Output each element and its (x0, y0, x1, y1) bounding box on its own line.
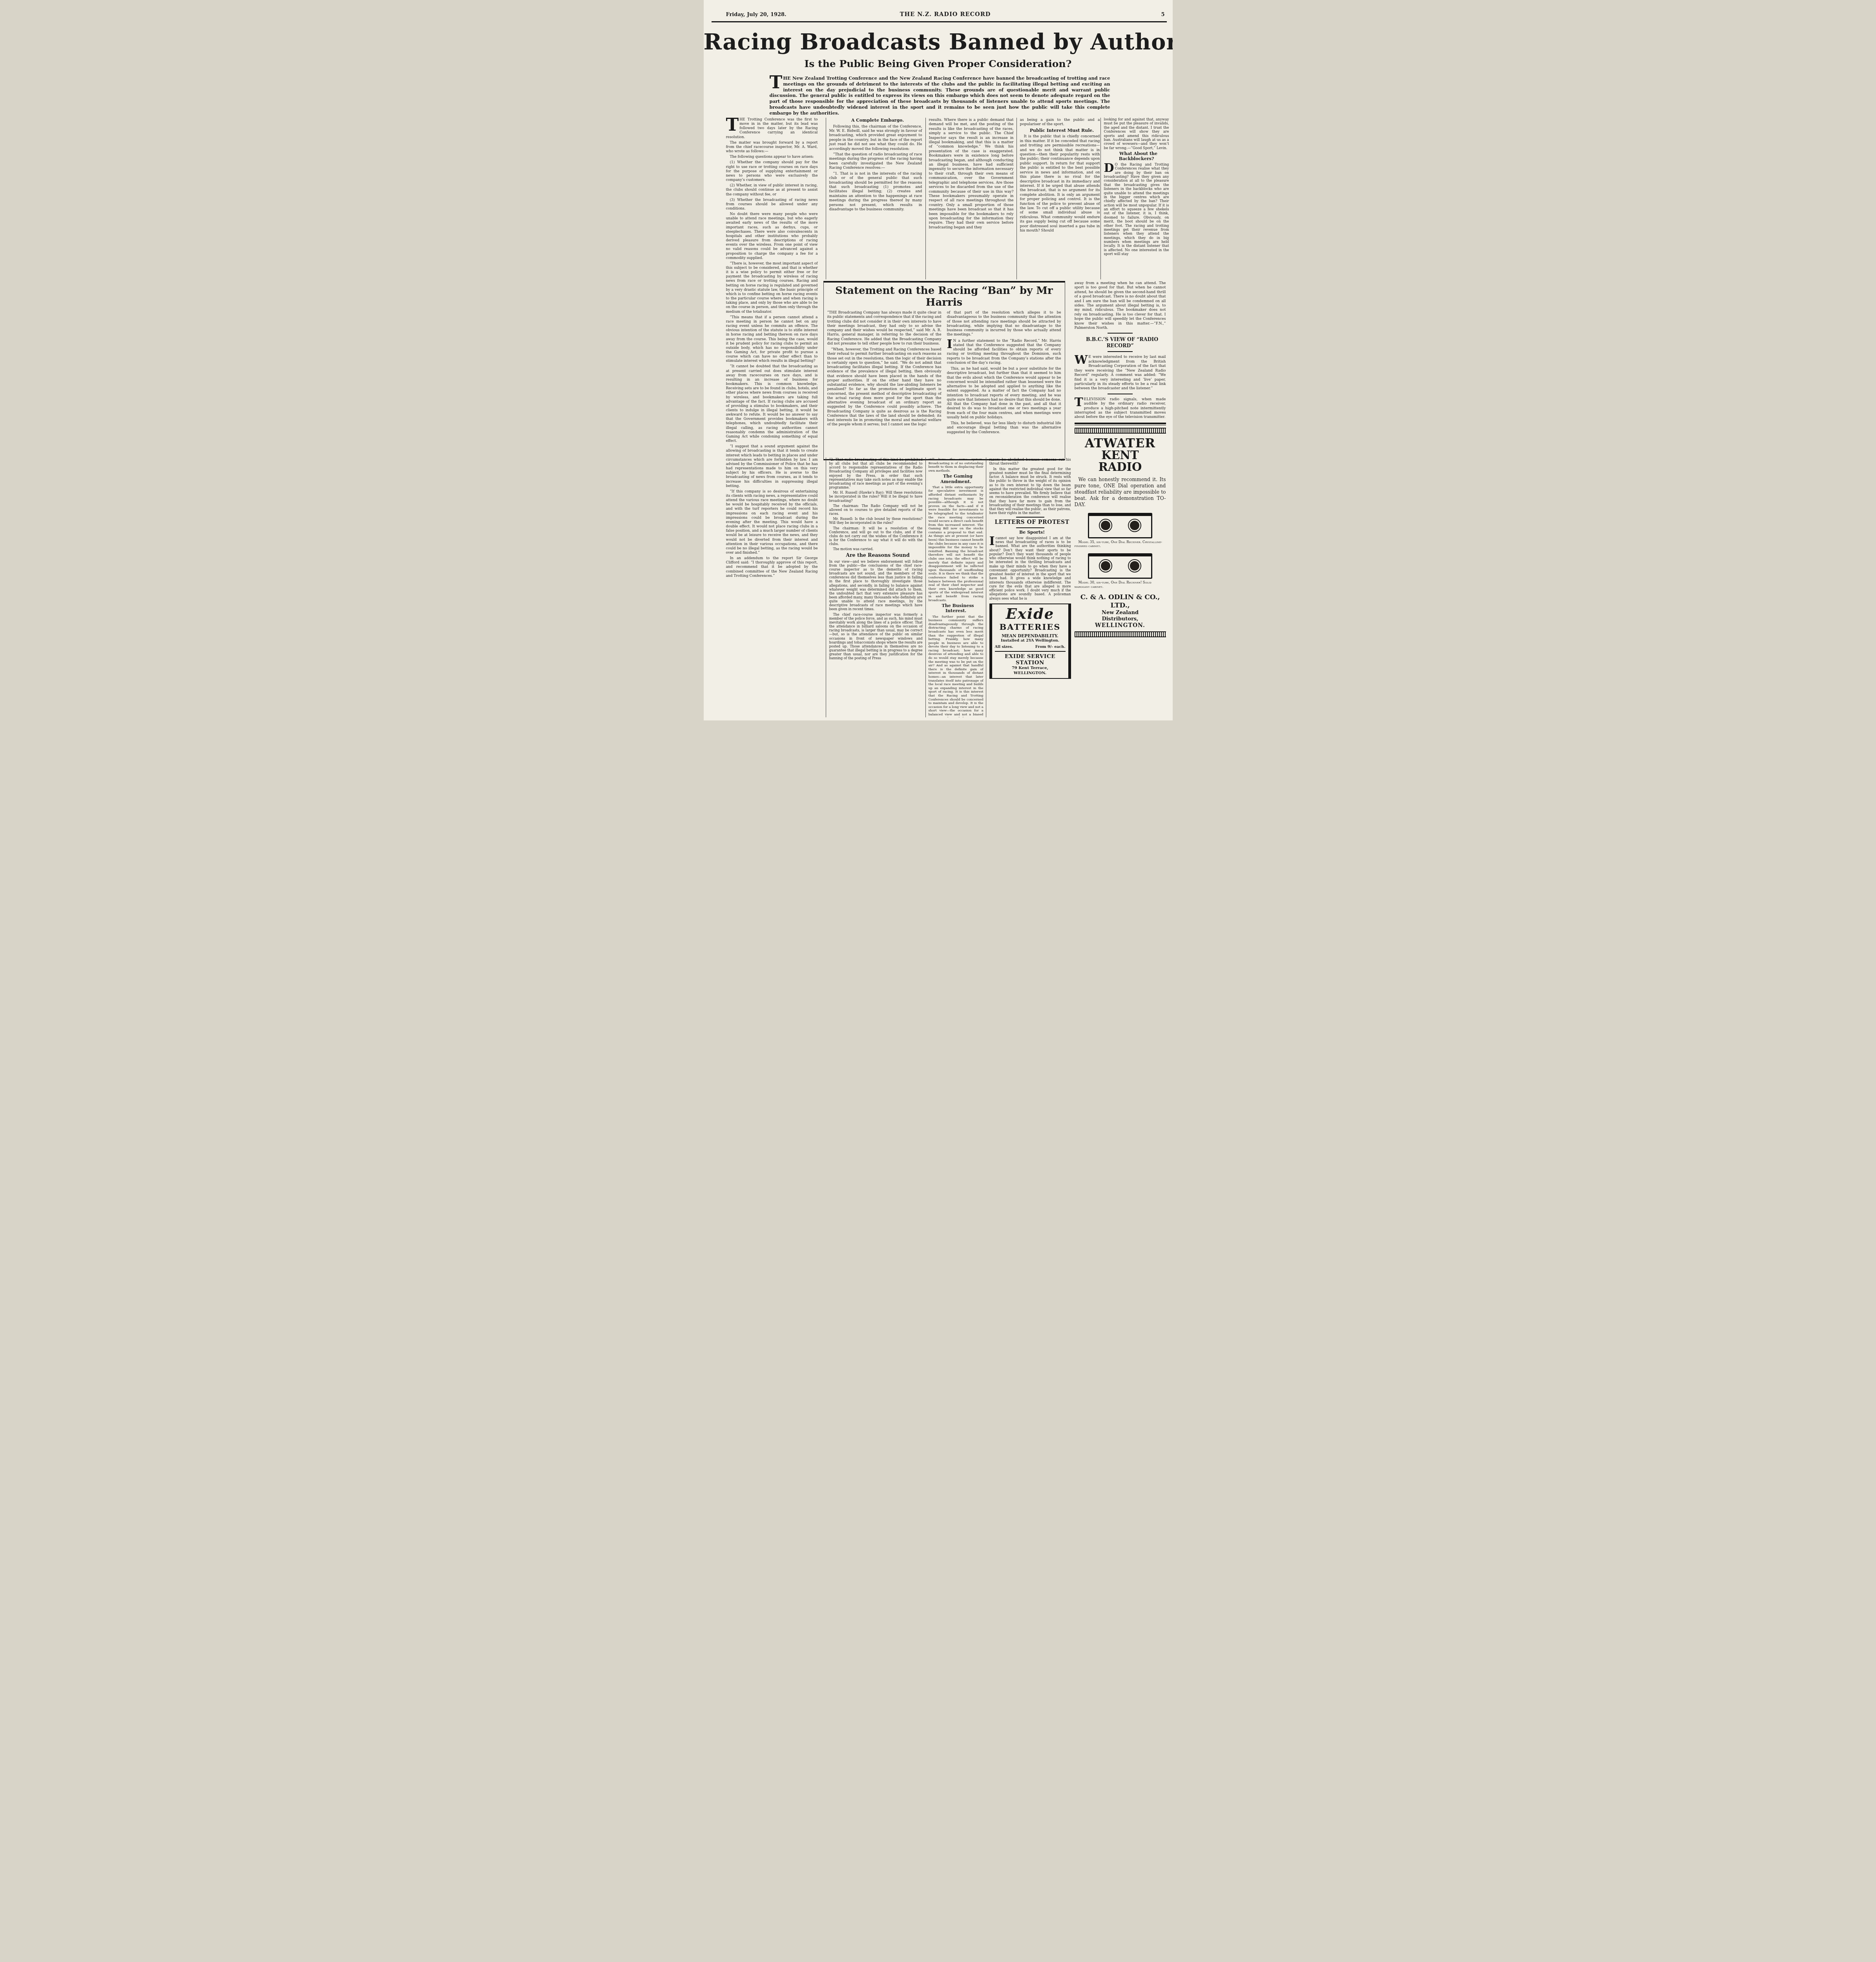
exide-sizes-price-row: All sizes. From 9/- each. (995, 645, 1066, 649)
body-paragraph: The matter was brought forward by a repo… (726, 141, 818, 154)
body-paragraph: The further point that the business comm… (929, 615, 984, 717)
model-35-caption: Model 35, six-tube, One Dial Receiver. C… (1075, 540, 1166, 549)
body-paragraph: The chief race-course inspector was form… (829, 613, 923, 660)
body-paragraph: In an addendum to the report Sir George … (726, 556, 818, 578)
exide-sizes: All sizes. (995, 645, 1013, 649)
be-sports-heading: Be Sports! (989, 530, 1071, 535)
section-divider (1016, 517, 1044, 518)
intro-text: HE New Zealand Trotting Conference and t… (770, 75, 1110, 116)
exide-price: From 9/- each. (1035, 645, 1066, 649)
date-label: Friday, July 20, 1928. (726, 12, 836, 18)
letters-of-protest-heading: LETTERS OF PROTEST (989, 519, 1071, 526)
exide-service-station: EXIDE SERVICE STATION (995, 651, 1066, 666)
harris-right-column: of that part of the resolution which all… (947, 311, 1061, 436)
body-paragraph: (1) Whether the company should pay for t… (726, 160, 818, 182)
business-interest-heading: The Business Interest. (929, 603, 984, 613)
lower-column-c: still have the same system. Broadcasting… (925, 458, 984, 717)
body-paragraph: “It cannot be doubted that the broadcast… (726, 365, 818, 443)
exide-batteries-ad: Exide BATTERIES MEAN DEPENDABILITY. Inst… (989, 604, 1071, 679)
body-paragraph: In this matter the greatest good for the… (989, 467, 1071, 515)
body-paragraph: “1. That is is not in the interests of t… (829, 171, 922, 212)
radio-set-illustration (1088, 553, 1152, 579)
body-paragraph: This, as he had said, would be but a poo… (947, 367, 1061, 420)
body-paragraph: WE were interested to receive by last ma… (1075, 355, 1166, 390)
body-paragraph: (2) Whether, in view of public interest … (726, 184, 818, 197)
body-paragraph: results. Where there is a public demand … (929, 118, 1014, 230)
body-paragraph: IN a further statement to the “Radio Rec… (947, 339, 1061, 366)
body-paragraph: It is the public that is chiefly concern… (1020, 134, 1100, 233)
bbc-view-heading: B.B.C.’S VIEW OF “RADIO RECORD” (1075, 336, 1166, 348)
column1-dropcap: T (726, 118, 740, 132)
column-1: THE Trotting Conference was the first to… (726, 118, 818, 625)
section-heading-complete-embargo: A Complete Embargo. (829, 118, 922, 123)
body-paragraph: “This means that if a person cannot atte… (726, 315, 818, 364)
body-paragraph: No doubt there were many people who were… (726, 212, 818, 261)
section-divider (1016, 527, 1044, 528)
letter-dropcap: I (989, 536, 996, 546)
column-3: results. Where there is a public demand … (925, 118, 1014, 279)
section-divider (1108, 394, 1133, 394)
body-paragraph: as being a gain to the public and a popu… (1020, 118, 1100, 127)
harris-left-column: “THE Broadcasting Company has always mad… (827, 311, 942, 436)
section-heading-public-interest: Public Interest Must Rule. (1020, 128, 1100, 133)
sub-headline: Is the Public Being Given Proper Conside… (704, 58, 1173, 69)
atwater-ad-title: ATWATER KENT RADIO (1075, 438, 1166, 473)
hatched-border (1075, 428, 1166, 434)
body-paragraph: Mr. Russell: Is the club bound by these … (829, 517, 923, 525)
section-divider (1108, 351, 1133, 352)
harris-columns: “THE Broadcasting Company has always mad… (827, 311, 1061, 436)
column-5-top: looking for and against that, anyway mus… (1100, 118, 1169, 279)
lower-column-d: razors be abolished because someone cut … (986, 458, 1071, 717)
section-divider (1108, 333, 1133, 334)
backblockers-dropcap: D (1104, 163, 1115, 173)
body-paragraph: of that part of the resolution which all… (947, 311, 1061, 337)
body-paragraph: (3) Whether the broadcasting of racing n… (726, 198, 818, 211)
harris-heading: Statement on the Racing “Ban” by Mr Harr… (827, 285, 1061, 308)
intro-dropcap: T (770, 75, 783, 89)
exide-installed-line: Installed at 2YA Wellington. (995, 638, 1066, 643)
heavy-rule (1075, 423, 1166, 425)
body-paragraph: away from a meeting when he can attend. … (1075, 281, 1166, 330)
page-header: Friday, July 20, 1928. THE N.Z. RADIO RE… (726, 11, 1165, 18)
masthead-title: THE N.Z. RADIO RECORD (836, 11, 1055, 18)
atwater-ad-body: We can honestly recommend it. Its pure t… (1075, 476, 1166, 508)
hatched-border (1075, 631, 1166, 637)
body-paragraph: Following this, the chairman of the Conf… (829, 124, 922, 151)
main-headline: Racing Broadcasts Banned by Authorities (704, 29, 1173, 55)
exide-brand-name: Exide (995, 607, 1066, 621)
body-paragraph: That a little extra opportunity for spec… (929, 485, 984, 602)
body-paragraph: looking for and against that, anyway mus… (1104, 118, 1169, 150)
body-paragraph: “THE Broadcasting Company has always mad… (827, 311, 942, 346)
column-2: A Complete Embargo. Following this, the … (826, 118, 922, 279)
lower-column-b: “2. That radio broadcasting of this kind… (826, 458, 923, 717)
body-paragraph: DO the Racing and Trotting Conferences r… (1104, 163, 1169, 257)
body-paragraph: The chairman: The Radio Company will not… (829, 504, 923, 516)
bbc-dropcap: W (1075, 355, 1089, 365)
header-rule (712, 21, 1167, 22)
gaming-amendment-heading: The Gaming Amendment. (929, 474, 984, 484)
body-paragraph: This, he believed, was far less likely t… (947, 421, 1061, 435)
odlin-distributor-block: C. & A. ODLIN & CO., LTD., New Zealand D… (1075, 593, 1166, 629)
body-paragraph: “2. That radio broadcasting of this kind… (829, 458, 923, 489)
body-paragraph: “When, however, the Trotting and Racing … (827, 348, 942, 427)
body-paragraph: “That the question of radio broadcasting… (829, 152, 922, 170)
body-paragraph: razors be abolished because someone cut … (989, 458, 1071, 466)
exide-address: 79 Kent Terrace, WELLINGTON. (995, 666, 1066, 675)
body-paragraph: Mr. H. Russell (Hawke’s Bay): Will these… (829, 491, 923, 502)
model-30-caption: Model 30, six-tube, One Dial Receiver! S… (1075, 581, 1166, 589)
reasons-sound-heading: Are the Reasons Sound (829, 552, 923, 558)
section-heading-backblockers: What About the Backblockers? (1104, 151, 1169, 162)
intro-paragraph: THE New Zealand Trotting Conference and … (770, 75, 1110, 116)
television-dropcap: T (1075, 397, 1084, 407)
page-number: 5 (1055, 12, 1165, 18)
body-paragraph: The motion was carried. (829, 547, 923, 551)
body-paragraph: still have the same system. Broadcasting… (929, 458, 984, 472)
harris-statement-box: Statement on the Racing “Ban” by Mr Harr… (823, 281, 1065, 460)
television-paragraph: TELEVISION radio signals, when made audi… (1075, 397, 1166, 419)
radio-set-illustration (1088, 513, 1152, 538)
exide-product-name: BATTERIES (995, 622, 1066, 632)
body-paragraph: THE Trotting Conference was the first to… (726, 118, 818, 140)
letter-paragraph: Icannot say how disappointed I am at the… (989, 536, 1071, 600)
further-statement-dropcap: I (947, 339, 953, 349)
body-paragraph: “There is, however, the most important a… (726, 262, 818, 314)
exide-slogan: MEAN DEPENDABILITY. (995, 634, 1066, 639)
atwater-kent-ad: ATWATER KENT RADIO We can honestly recom… (1075, 428, 1166, 638)
body-paragraph: “I suggest that a sound argument against… (726, 445, 818, 489)
newspaper-page: Friday, July 20, 1928. THE N.Z. RADIO RE… (704, 0, 1173, 720)
body-paragraph: The following questions appear to have a… (726, 155, 818, 159)
body-paragraph: In our view—and we believe endorsement w… (829, 560, 923, 611)
column-4: as being a gain to the public and a popu… (1016, 118, 1100, 279)
body-paragraph: “If this company is so desirous of enter… (726, 490, 818, 555)
column-5-lower: away from a meeting when he can attend. … (1075, 281, 1166, 717)
body-paragraph: The chairman: It will be a resolution of… (829, 526, 923, 546)
